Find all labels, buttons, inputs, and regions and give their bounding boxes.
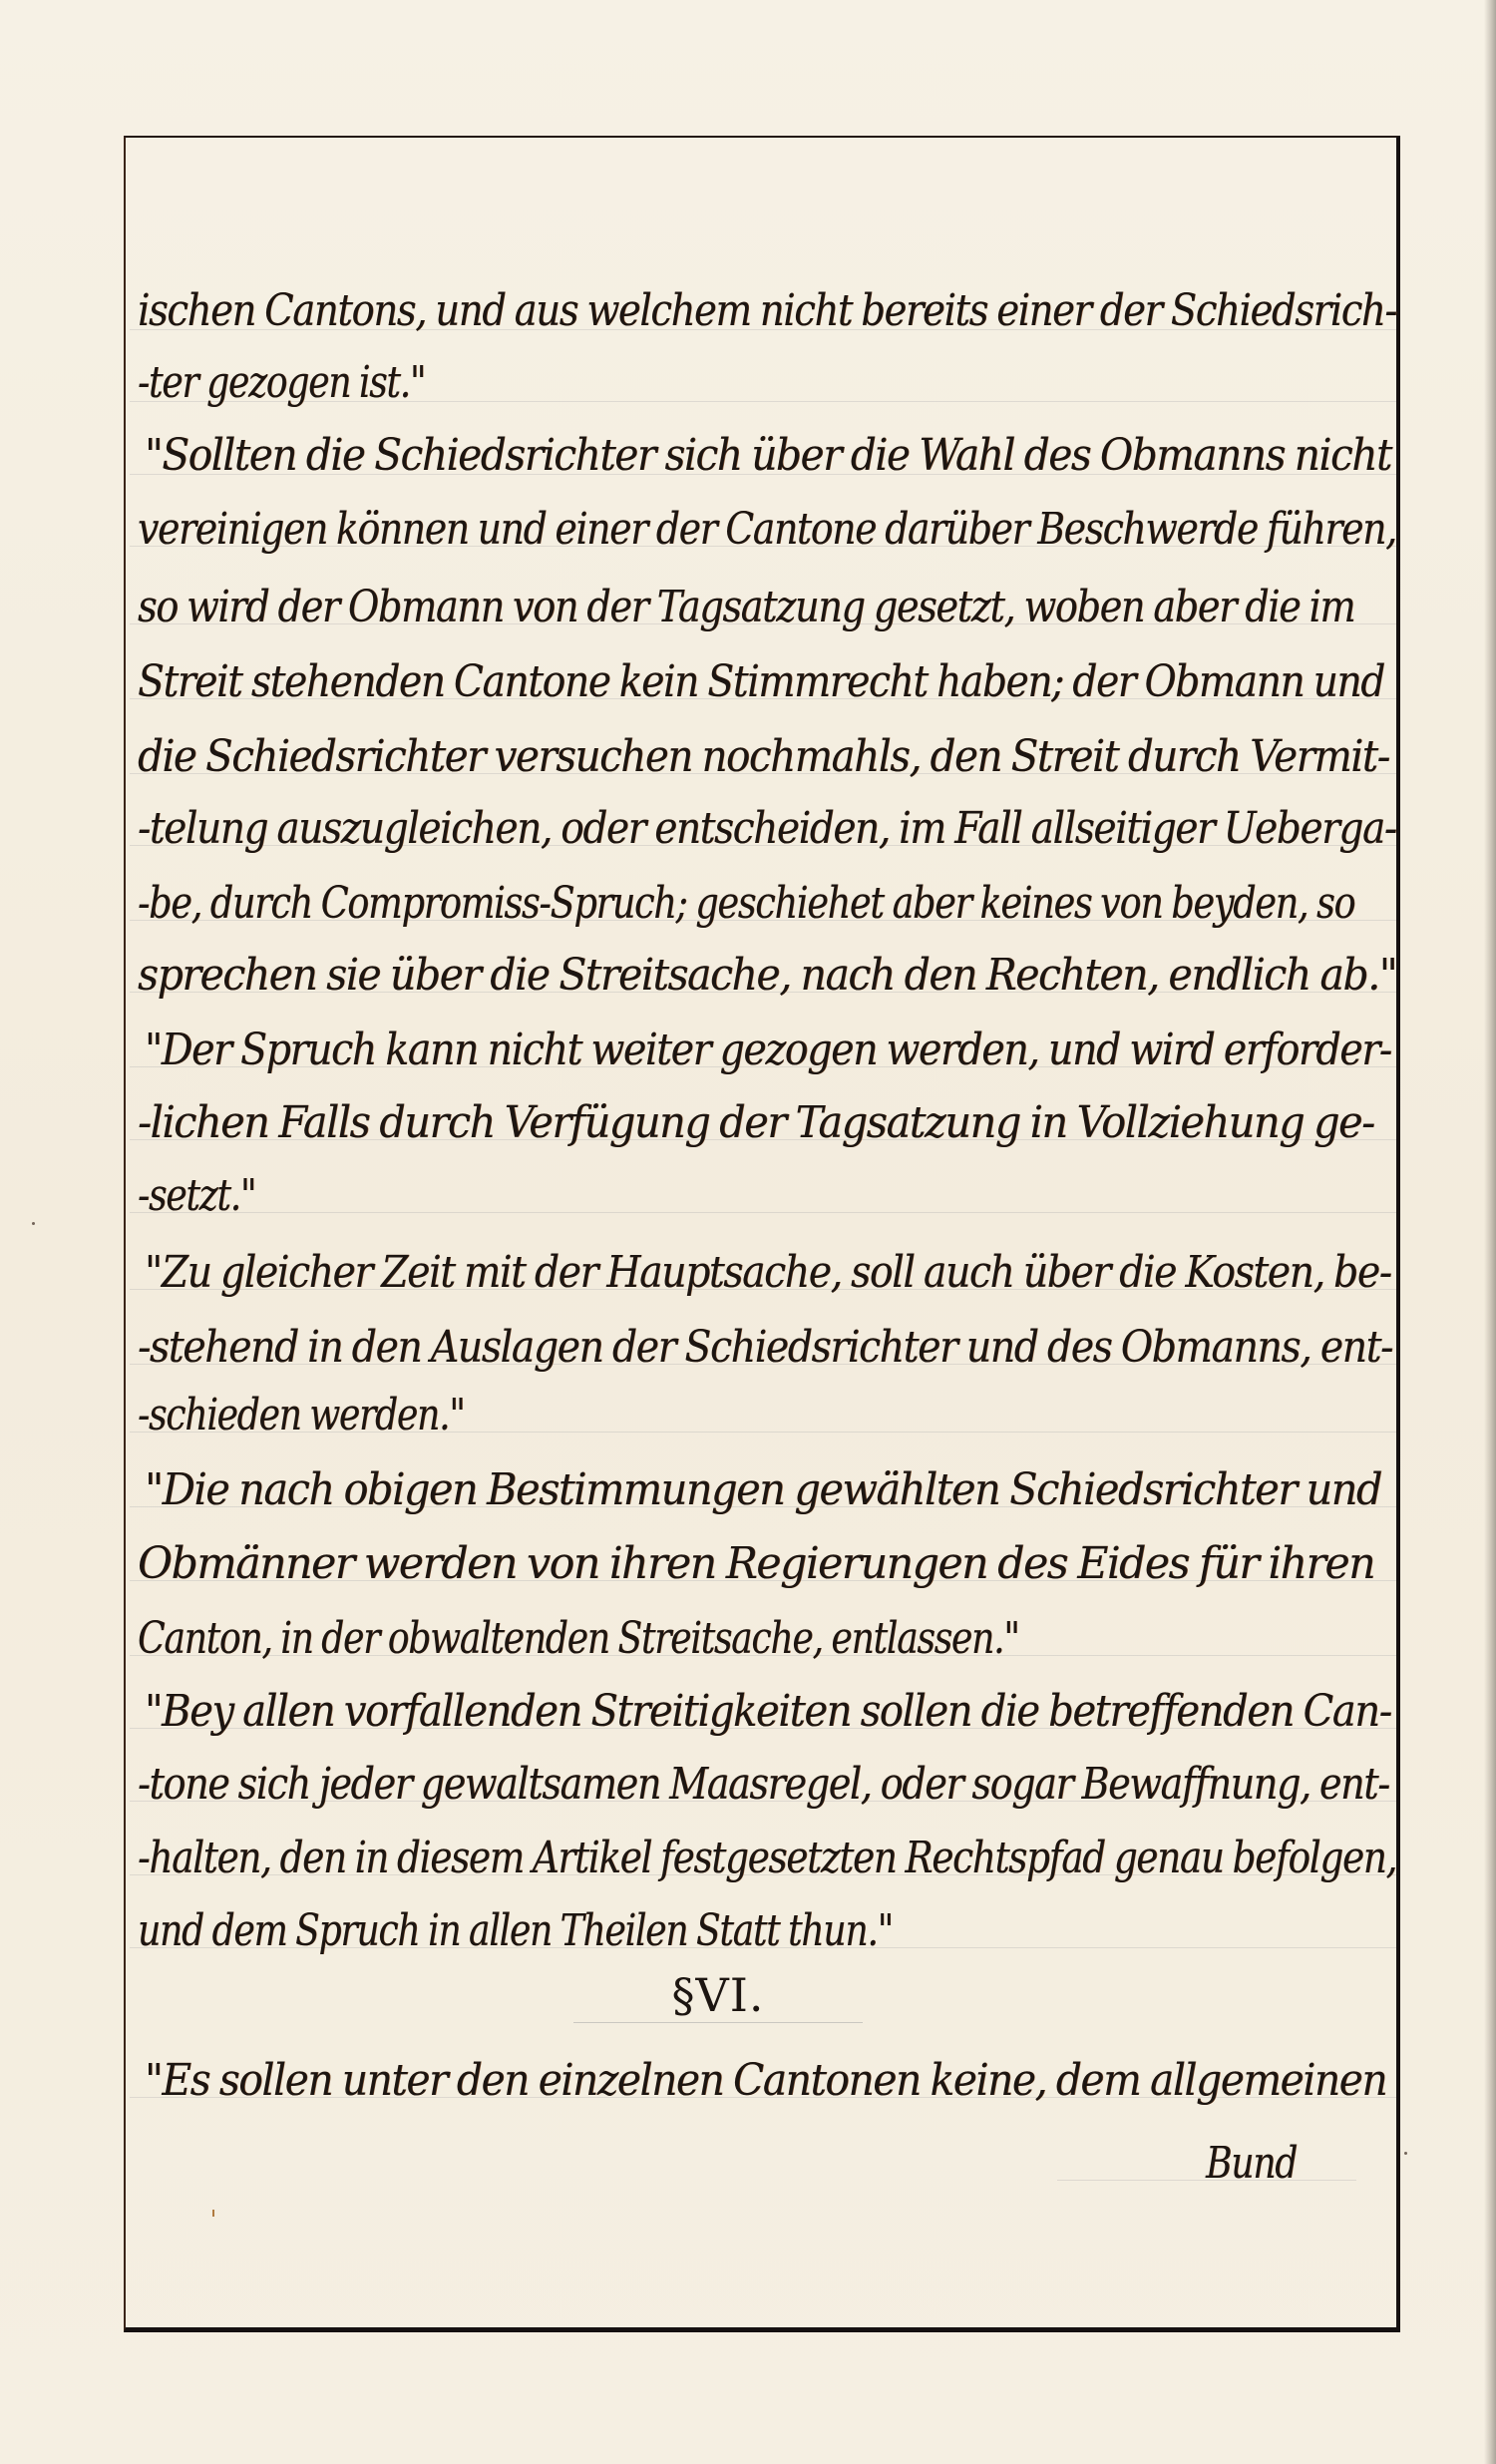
text-line: -stehend in den Auslagen der Schiedsrich… [138,1318,1392,1378]
text-line: "Der Spruch kann nicht weiter gezogen we… [145,1021,1391,1080]
text-line: so wird der Obmann von der Tagsatzung ge… [138,578,1354,637]
text-line: -halten, den in diesem Artikel festgeset… [138,1829,1396,1888]
text-line: -ter gezogen ist." [138,353,1396,413]
text-line: -lichen Falls durch Verfügung der Tagsat… [138,1093,1374,1153]
text-line: Streit stehenden Cantone kein Stimmrecht… [138,652,1384,712]
text-line: "Es sollen unter den einzelnen Cantonen … [145,2051,1386,2111]
text-line: "Sollten die Schiedsrichter sich über di… [145,426,1391,486]
catchword: Bund [1077,2134,1297,2194]
paper-speck [32,1222,35,1225]
text-line: Obmänner werden von ihren Regierungen de… [138,1534,1374,1594]
text-line: -be, durch Compromiss-Spruch; geschiehet… [138,874,1354,934]
text-line: -setzt." [138,1166,1396,1226]
section-heading: §VI. [638,1960,798,2030]
text-line: ischen Cantons, und aus welchem nicht be… [138,281,1396,341]
text-line: -tone sich jeder gewaltsamen Maasregel, … [138,1755,1389,1815]
text-line: die Schiedsrichter versuchen nochmahls, … [138,727,1389,787]
text-line: Canton, in der obwaltenden Streitsache, … [138,1609,1396,1669]
text-line: "Bey allen vorfallenden Streitigkeiten s… [145,1682,1391,1742]
text-line: sprechen sie über die Streitsache, nach … [138,946,1396,1006]
text-line: -schieden werden." [138,1386,1396,1445]
heading-underline [573,2022,863,2023]
text-line: "Zu gleicher Zeit mit der Hauptsache, so… [145,1243,1391,1303]
text-line: und dem Spruch in allen Theilen Statt th… [138,1901,1396,1961]
text-line: -telung auszugleichen, oder entscheiden,… [138,799,1396,859]
paper-speck [1404,2152,1407,2155]
manuscript-page: ischen Cantons, und aus welchem nicht be… [0,0,1496,2464]
text-line: "Die nach obigen Bestimmungen gewählten … [145,1460,1381,1520]
text-line: vereinigen können und einer der Cantone … [138,500,1396,560]
paper-mark [212,2210,214,2217]
